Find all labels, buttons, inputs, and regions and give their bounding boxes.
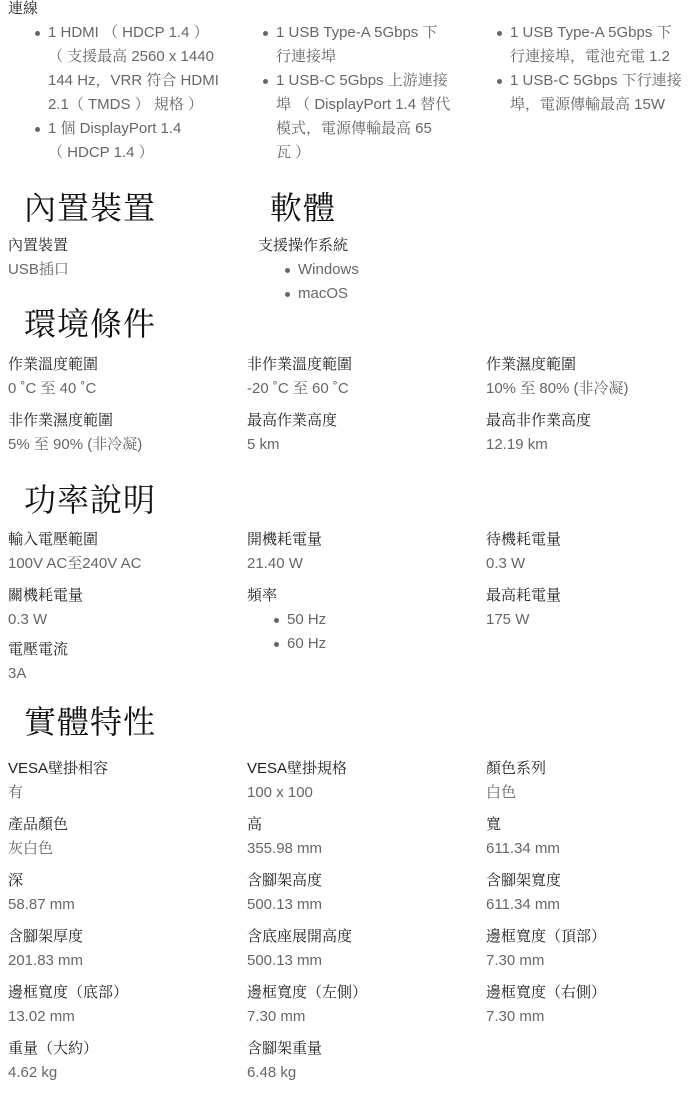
spec-value: 3A <box>8 664 26 684</box>
spec-label: VESA壁掛規格 <box>247 759 347 779</box>
spec-label: 邊框寬度（底部） <box>8 983 128 1003</box>
spec-label: 產品顏色 <box>8 815 68 835</box>
spec-value: 100 x 100 <box>247 783 313 803</box>
spec-value: 0 ˚C 至 40 ˚C <box>8 379 96 399</box>
spec-value: 4.62 kg <box>8 1063 57 1083</box>
section-title-physical: 實體特性 <box>24 702 156 742</box>
spec-value: 175 W <box>486 610 529 630</box>
spec-label: 開機耗電量 <box>247 530 322 550</box>
connectivity-label: 連線 <box>8 0 38 19</box>
spec-label: 關機耗電量 <box>8 586 83 606</box>
list-item: 1 USB-C 5Gbps 下行連接 埠，電源傳輸最高 15W <box>510 69 700 117</box>
list-item: 60 Hz <box>287 632 326 656</box>
spec-label: 邊框寬度（右側） <box>486 983 606 1003</box>
connectivity-list-col1: 1 HDMI （ HDCP 1.4 ） （ 支援最高 2560 x 1440 1… <box>48 21 238 165</box>
spec-value: 500.13 mm <box>247 895 322 915</box>
spec-label: 最高非作業高度 <box>486 411 591 431</box>
spec-label: 非作業溫度範圍 <box>247 355 352 375</box>
connectivity-list-col2: 1 USB Type-A 5Gbps 下 行連接埠 1 USB-C 5Gbps … <box>276 21 476 165</box>
spec-label: 含底座展開高度 <box>247 927 352 947</box>
spec-value: 10% 至 80% (非冷凝) <box>486 379 629 399</box>
spec-value: 灰白色 <box>8 839 53 859</box>
spec-value: 500.13 mm <box>247 951 322 971</box>
spec-value: 7.30 mm <box>486 1007 544 1027</box>
spec-value: -20 ˚C 至 60 ˚C <box>247 379 349 399</box>
section-title-built-in: 內置裝置 <box>24 188 156 228</box>
spec-label: 最高耗電量 <box>486 586 561 606</box>
spec-label: 待機耗電量 <box>486 530 561 550</box>
spec-value: USB插口 <box>8 260 69 280</box>
spec-label: 含腳架寬度 <box>486 871 561 891</box>
section-title-software: 軟體 <box>270 188 336 228</box>
spec-value: 58.87 mm <box>8 895 75 915</box>
spec-value: 5% 至 90% (非冷凝) <box>8 435 142 455</box>
spec-label: 輸入電壓範圍 <box>8 530 98 550</box>
frequency-list: 50 Hz 60 Hz <box>287 608 326 656</box>
list-item: Windows <box>298 258 359 282</box>
spec-label: 寬 <box>486 815 501 835</box>
spec-label: 作業溫度範圍 <box>8 355 98 375</box>
section-title-environment: 環境條件 <box>24 304 156 344</box>
spec-label: 邊框寬度（左側） <box>247 983 367 1003</box>
spec-label: 頻率 <box>247 586 277 606</box>
spec-value: 201.83 mm <box>8 951 83 971</box>
list-item: macOS <box>298 282 359 306</box>
list-item: 1 USB Type-A 5Gbps 下 行連接埠，電池充電 1.2 <box>510 21 700 69</box>
list-item: 1 USB Type-A 5Gbps 下 行連接埠 <box>276 21 476 69</box>
spec-value: 5 km <box>247 435 280 455</box>
spec-label: 內置裝置 <box>8 236 68 256</box>
spec-value: 21.40 W <box>247 554 303 574</box>
spec-label: 含腳架高度 <box>247 871 322 891</box>
spec-label: 電壓電流 <box>8 640 68 660</box>
os-list: Windows macOS <box>298 258 359 306</box>
spec-label: 非作業濕度範圍 <box>8 411 113 431</box>
spec-label: 作業濕度範圍 <box>486 355 576 375</box>
list-item: 1 個 DisplayPort 1.4 （ HDCP 1.4 ） <box>48 117 238 165</box>
spec-label: 最高作業高度 <box>247 411 337 431</box>
spec-label: 深 <box>8 871 23 891</box>
spec-value: 0.3 W <box>8 610 47 630</box>
spec-label: 高 <box>247 815 262 835</box>
spec-label: 重量（大約） <box>8 1039 98 1059</box>
spec-label: 邊框寬度（頂部） <box>486 927 606 947</box>
spec-value: 611.34 mm <box>486 839 560 859</box>
spec-value: 白色 <box>486 783 516 803</box>
spec-value: 12.19 km <box>486 435 548 455</box>
spec-value: 7.30 mm <box>486 951 544 971</box>
spec-label: 支援操作系統 <box>258 236 348 256</box>
spec-value: 100V AC至240V AC <box>8 554 141 574</box>
spec-label: VESA壁掛相容 <box>8 759 108 779</box>
section-title-power: 功率說明 <box>24 480 156 520</box>
connectivity-list-col3: 1 USB Type-A 5Gbps 下 行連接埠，電池充電 1.2 1 USB… <box>510 21 700 117</box>
spec-label: 含腳架厚度 <box>8 927 83 947</box>
spec-value: 611.34 mm <box>486 895 560 915</box>
spec-value: 有 <box>8 783 23 803</box>
list-item: 50 Hz <box>287 608 326 632</box>
list-item: 1 USB-C 5Gbps 上游連接 埠 （ DisplayPort 1.4 替… <box>276 69 476 165</box>
spec-value: 0.3 W <box>486 554 525 574</box>
spec-value: 13.02 mm <box>8 1007 75 1027</box>
spec-value: 7.30 mm <box>247 1007 305 1027</box>
spec-value: 6.48 kg <box>247 1063 296 1083</box>
spec-value: 355.98 mm <box>247 839 322 859</box>
spec-label: 顏色系列 <box>486 759 546 779</box>
spec-label: 含腳架重量 <box>247 1039 322 1059</box>
list-item: 1 HDMI （ HDCP 1.4 ） （ 支援最高 2560 x 1440 1… <box>48 21 238 117</box>
